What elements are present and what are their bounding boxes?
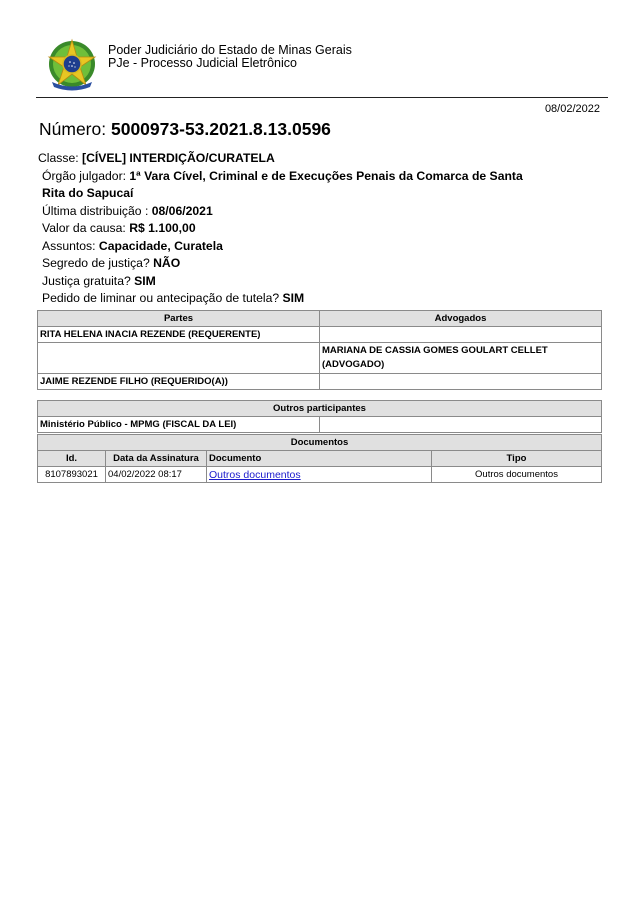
doc-date: 04/02/2022 08:17 <box>106 467 207 483</box>
distribuicao-label: Última distribuição : <box>42 204 148 218</box>
document-header: Poder Judiciário do Estado de Minas Gera… <box>0 0 640 98</box>
distribuicao-line: Última distribuição : 08/06/2021 <box>38 203 542 221</box>
parte-cell: RITA HELENA INACIA REZENDE (REQUERENTE) <box>38 327 320 343</box>
advogado-cell: MARIANA DE CASSIA GOMES GOULART CELLET (… <box>320 343 602 374</box>
classe-label: Classe: <box>38 151 79 165</box>
parte-cell <box>38 343 320 374</box>
participante-cell: Ministério Público - MPMG (FISCAL DA LEI… <box>38 417 320 433</box>
table-row: MARIANA DE CASSIA GOMES GOULART CELLET (… <box>38 343 602 374</box>
advogados-header: Advogados <box>320 311 602 327</box>
advogado-cell <box>320 374 602 390</box>
table-row: Ministério Público - MPMG (FISCAL DA LEI… <box>38 417 602 433</box>
process-number-value: 5000973-53.2021.8.13.0596 <box>111 119 331 139</box>
parte-cell: JAIME REZENDE FILHO (REQUERIDO(A)) <box>38 374 320 390</box>
col-tipo: Tipo <box>432 451 602 467</box>
classe-line: Classe: [CÍVEL] INTERDIÇÃO/CURATELA <box>38 150 542 168</box>
classe-value: [CÍVEL] INTERDIÇÃO/CURATELA <box>82 151 275 165</box>
gratuita-line: Justiça gratuita? SIM <box>38 273 542 291</box>
gratuita-value: SIM <box>134 274 156 288</box>
orgao-label: Órgão julgador: <box>42 169 126 183</box>
distribuicao-value: 08/06/2021 <box>152 204 213 218</box>
doc-id: 8107893021 <box>38 467 106 483</box>
col-documento: Documento <box>207 451 432 467</box>
table-row: JAIME REZENDE FILHO (REQUERIDO(A)) <box>38 374 602 390</box>
print-date: 08/02/2022 <box>545 103 600 115</box>
valor-value: R$ 1.100,00 <box>129 221 195 235</box>
col-id: Id. <box>38 451 106 467</box>
segredo-line: Segredo de justiça? NÃO <box>38 255 542 273</box>
assuntos-value: Capacidade, Curatela <box>99 239 223 253</box>
outros-header: Outros participantes <box>38 401 602 417</box>
segredo-value: NÃO <box>153 256 180 270</box>
system-name: PJe - Processo Judicial Eletrônico <box>108 57 352 70</box>
assuntos-label: Assuntos: <box>42 239 96 253</box>
valor-line: Valor da causa: R$ 1.100,00 <box>38 220 542 238</box>
participante-extra-cell <box>320 417 602 433</box>
process-info: Classe: [CÍVEL] INTERDIÇÃO/CURATELA Órgã… <box>38 150 542 308</box>
liminar-value: SIM <box>283 291 305 305</box>
orgao-line: Órgão julgador: 1ª Vara Cível, Criminal … <box>38 168 542 203</box>
col-data: Data da Assinatura <box>106 451 207 467</box>
valor-label: Valor da causa: <box>42 221 126 235</box>
documentos-title: Documentos <box>38 435 602 451</box>
table-row: 8107893021 04/02/2022 08:17 Outros docum… <box>38 467 602 483</box>
doc-link[interactable]: Outros documentos <box>209 469 301 481</box>
doc-link-cell: Outros documentos <box>207 467 432 483</box>
outros-participantes-table: Outros participantes Ministério Público … <box>37 400 602 433</box>
partes-table: Partes Advogados RITA HELENA INACIA REZE… <box>37 310 602 390</box>
process-number-label: Número: <box>39 119 106 139</box>
process-number: Número: 5000973-53.2021.8.13.0596 <box>39 119 331 140</box>
partes-header: Partes <box>38 311 320 327</box>
liminar-label: Pedido de liminar ou antecipação de tute… <box>42 291 279 305</box>
brazil-coat-of-arms-icon <box>44 36 100 92</box>
header-divider <box>36 97 608 98</box>
advogado-cell <box>320 327 602 343</box>
table-row: RITA HELENA INACIA REZENDE (REQUERENTE) <box>38 327 602 343</box>
gratuita-label: Justiça gratuita? <box>42 274 131 288</box>
assuntos-line: Assuntos: Capacidade, Curatela <box>38 238 542 256</box>
documentos-table: Documentos Id. Data da Assinatura Docume… <box>37 434 602 483</box>
segredo-label: Segredo de justiça? <box>42 256 150 270</box>
doc-tipo: Outros documentos <box>432 467 602 483</box>
liminar-line: Pedido de liminar ou antecipação de tute… <box>38 290 542 308</box>
